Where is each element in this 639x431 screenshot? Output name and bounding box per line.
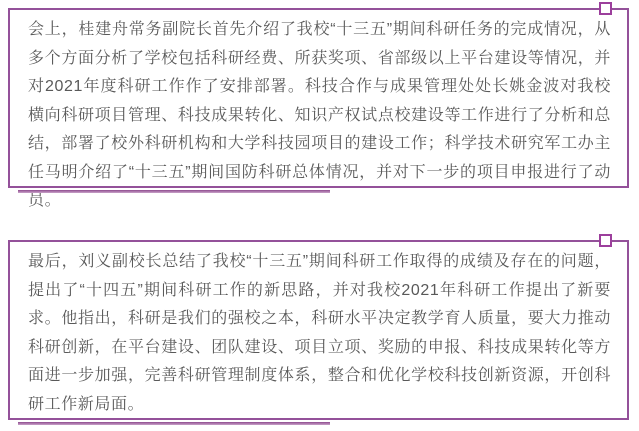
paragraph-2-text: 最后，刘义副校长总结了我校“十三五”期间科研工作取得的成绩及存在的问题，提出了“…	[28, 248, 611, 419]
content-panel-1: 会上，桂建舟常务副院长首先介绍了我校“十三五”期间科研任务的完成情况，从多个方面…	[8, 8, 629, 188]
paragraph-1-text: 会上，桂建舟常务副院长首先介绍了我校“十三五”期间科研任务的完成情况，从多个方面…	[28, 16, 611, 216]
corner-square-icon	[599, 2, 612, 15]
underline-accent-1	[18, 190, 330, 193]
underline-accent-2	[18, 422, 330, 425]
content-panel-2: 最后，刘义副校长总结了我校“十三五”期间科研工作取得的成绩及存在的问题，提出了“…	[8, 240, 629, 420]
article-page: 会上，桂建舟常务副院长首先介绍了我校“十三五”期间科研任务的完成情况，从多个方面…	[0, 0, 639, 431]
corner-square-icon	[599, 234, 612, 247]
